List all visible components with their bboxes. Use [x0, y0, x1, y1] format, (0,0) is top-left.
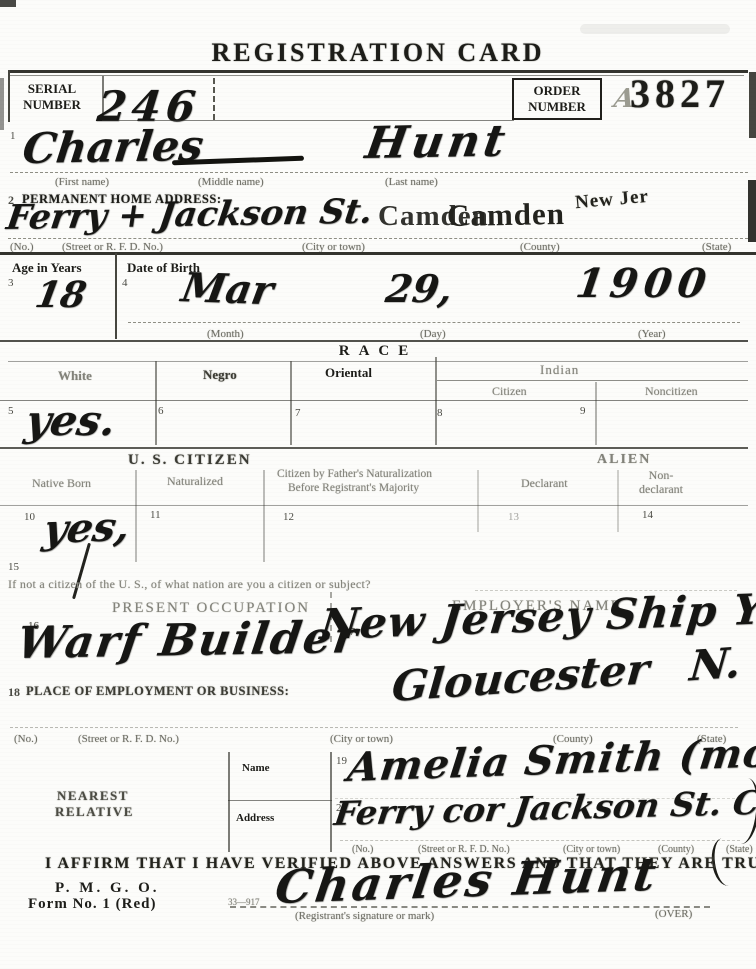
- field-number-19: 19: [336, 755, 347, 767]
- occupation-value: Warf Builder: [14, 612, 362, 669]
- serial-number-label: SERIAL NUMBER: [16, 81, 88, 114]
- signature-sublabel: (Registrant's signature or mark): [295, 910, 434, 922]
- name-baseline: [10, 172, 748, 173]
- scan-right-edge-artifact: [748, 180, 756, 242]
- nearest-relative-label-line1: NEAREST: [57, 788, 129, 804]
- field-number-18: 18: [8, 685, 20, 700]
- relative-address-label: Address: [236, 812, 274, 824]
- relative-box-divider-left: [228, 752, 230, 852]
- field-number-1: 1: [10, 130, 16, 142]
- field-number-11: 11: [150, 509, 161, 521]
- age-dob-divider: [115, 253, 117, 339]
- race-indian-label: Indian: [540, 362, 579, 378]
- relative-name-value: Amelia Smith (mother): [345, 725, 756, 791]
- relative-row-divider: [228, 800, 332, 801]
- employment-no-sublabel: (No.): [14, 733, 38, 745]
- order-number-label: ORDER NUMBER: [524, 83, 590, 116]
- dob-year-value: 1900: [573, 260, 715, 307]
- last-name-sublabel: (Last name): [385, 176, 438, 188]
- race-negro-label: Negro: [203, 367, 237, 383]
- indian-citizen-label: Citizen: [492, 384, 527, 399]
- field-number-4: 4: [122, 277, 128, 289]
- age-value: 18: [32, 274, 90, 316]
- page-title: REGISTRATION CARD: [0, 38, 756, 68]
- dob-month-sublabel: (Month): [207, 328, 244, 340]
- citizen-by-father-label-line1: Citizen by Father's Naturalization: [277, 468, 432, 480]
- field-number-9: 9: [580, 405, 586, 417]
- dob-day-sublabel: (Day): [420, 328, 446, 340]
- rule-race-bottom: [0, 447, 748, 449]
- field-number-15: 15: [8, 561, 19, 573]
- street-address-value: Ferry + Jackson St.: [4, 192, 375, 238]
- place-of-employment-label: PLACE OF EMPLOYMENT OR BUSINESS:: [26, 684, 289, 699]
- card-left-edge: [8, 70, 10, 122]
- nearest-relative-label-line2: RELATIVE: [55, 804, 134, 820]
- field-number-13: 13: [508, 511, 519, 523]
- first-name-value: Charles: [20, 121, 206, 173]
- employer-value: New Jersey Ship Yard: [318, 582, 756, 649]
- native-born-label: Native Born: [32, 476, 91, 491]
- employment-street-sublabel: (Street or R. F. D. No.): [78, 733, 179, 745]
- race-oriental-label: Oriental: [325, 365, 372, 381]
- address-baseline: [8, 238, 748, 239]
- employment-baseline: [10, 727, 738, 728]
- scan-smudge: [580, 24, 730, 34]
- order-number-box: ORDER NUMBER: [512, 78, 602, 120]
- citizen-col-divider-2: [263, 470, 265, 562]
- scan-corner-artifact: [0, 0, 16, 7]
- naturalized-label: Naturalized: [167, 474, 223, 489]
- scan-left-edge-artifact: [0, 78, 4, 130]
- relative-county-sublabel: (County): [658, 844, 694, 855]
- race-col-divider-2: [290, 361, 292, 445]
- scan-right-edge-artifact: [749, 72, 756, 138]
- form-number-label: Form No. 1 (Red): [28, 896, 156, 913]
- field-number-5: 5: [8, 405, 14, 417]
- field-number-10: 10: [24, 511, 35, 523]
- relative-address-baseline: [340, 840, 740, 841]
- race-col-divider-4: [595, 382, 597, 445]
- header-dashed-divider: [213, 78, 215, 120]
- citizen-by-father-label-line2: Before Registrant's Majority: [288, 482, 419, 494]
- state-stamp-faint: New Jer: [574, 186, 650, 214]
- pmgo-label: P. M. G. O.: [55, 880, 160, 897]
- dob-month-value: Mar: [178, 264, 277, 314]
- dob-day-value: 29,: [383, 266, 455, 311]
- field-number-3: 3: [8, 277, 14, 289]
- middle-name-sublabel: (Middle name): [198, 176, 264, 188]
- relative-no-sublabel: (No.): [352, 844, 373, 855]
- first-name-sublabel: (First name): [55, 176, 109, 188]
- race-col-divider-1: [155, 361, 157, 445]
- field-number-12: 12: [283, 511, 294, 523]
- last-name-value: Hunt: [362, 116, 512, 169]
- race-col-divider-3: [435, 357, 437, 445]
- dob-baseline: [128, 322, 740, 323]
- race-header: RACE: [0, 343, 756, 360]
- race-top-rule: [8, 361, 748, 362]
- relative-box-divider-right: [330, 752, 332, 852]
- citizen-col-divider-3: [477, 470, 479, 532]
- race-white-label: White: [58, 368, 92, 384]
- dob-year-sublabel: (Year): [638, 328, 666, 340]
- city-stamp-2: Camden: [447, 196, 566, 234]
- field-number-7: 7: [295, 407, 301, 419]
- registration-card-scan: REGISTRATION CARD SERIAL NUMBER 246 ORDE…: [0, 0, 756, 969]
- indian-noncitizen-label: Noncitizen: [645, 384, 698, 399]
- alien-header: ALIEN: [597, 452, 651, 468]
- field-number-8: 8: [437, 407, 443, 419]
- declarant-label: Declarant: [521, 476, 568, 491]
- rule-dob-bottom: [0, 340, 748, 342]
- relative-name-label: Name: [242, 762, 270, 774]
- rule-address-bottom: [0, 252, 756, 255]
- over-label: (OVER): [655, 908, 692, 920]
- non-declarant-label: Non-declarant: [628, 468, 694, 497]
- us-citizen-header: U. S. CITIZEN: [128, 452, 252, 469]
- nation-question: If not a citizen of the U. S., of what n…: [8, 577, 371, 592]
- race-answer: yes.: [22, 396, 120, 445]
- place-of-employment-value: Gloucester N. J.: [390, 633, 756, 711]
- order-number-value: 3827: [630, 70, 730, 117]
- field-number-6: 6: [158, 405, 164, 417]
- citizen-col-divider-4: [617, 470, 619, 532]
- indian-underline: [437, 380, 748, 381]
- field-number-14: 14: [642, 509, 653, 521]
- citizen-col-divider-1: [135, 470, 137, 562]
